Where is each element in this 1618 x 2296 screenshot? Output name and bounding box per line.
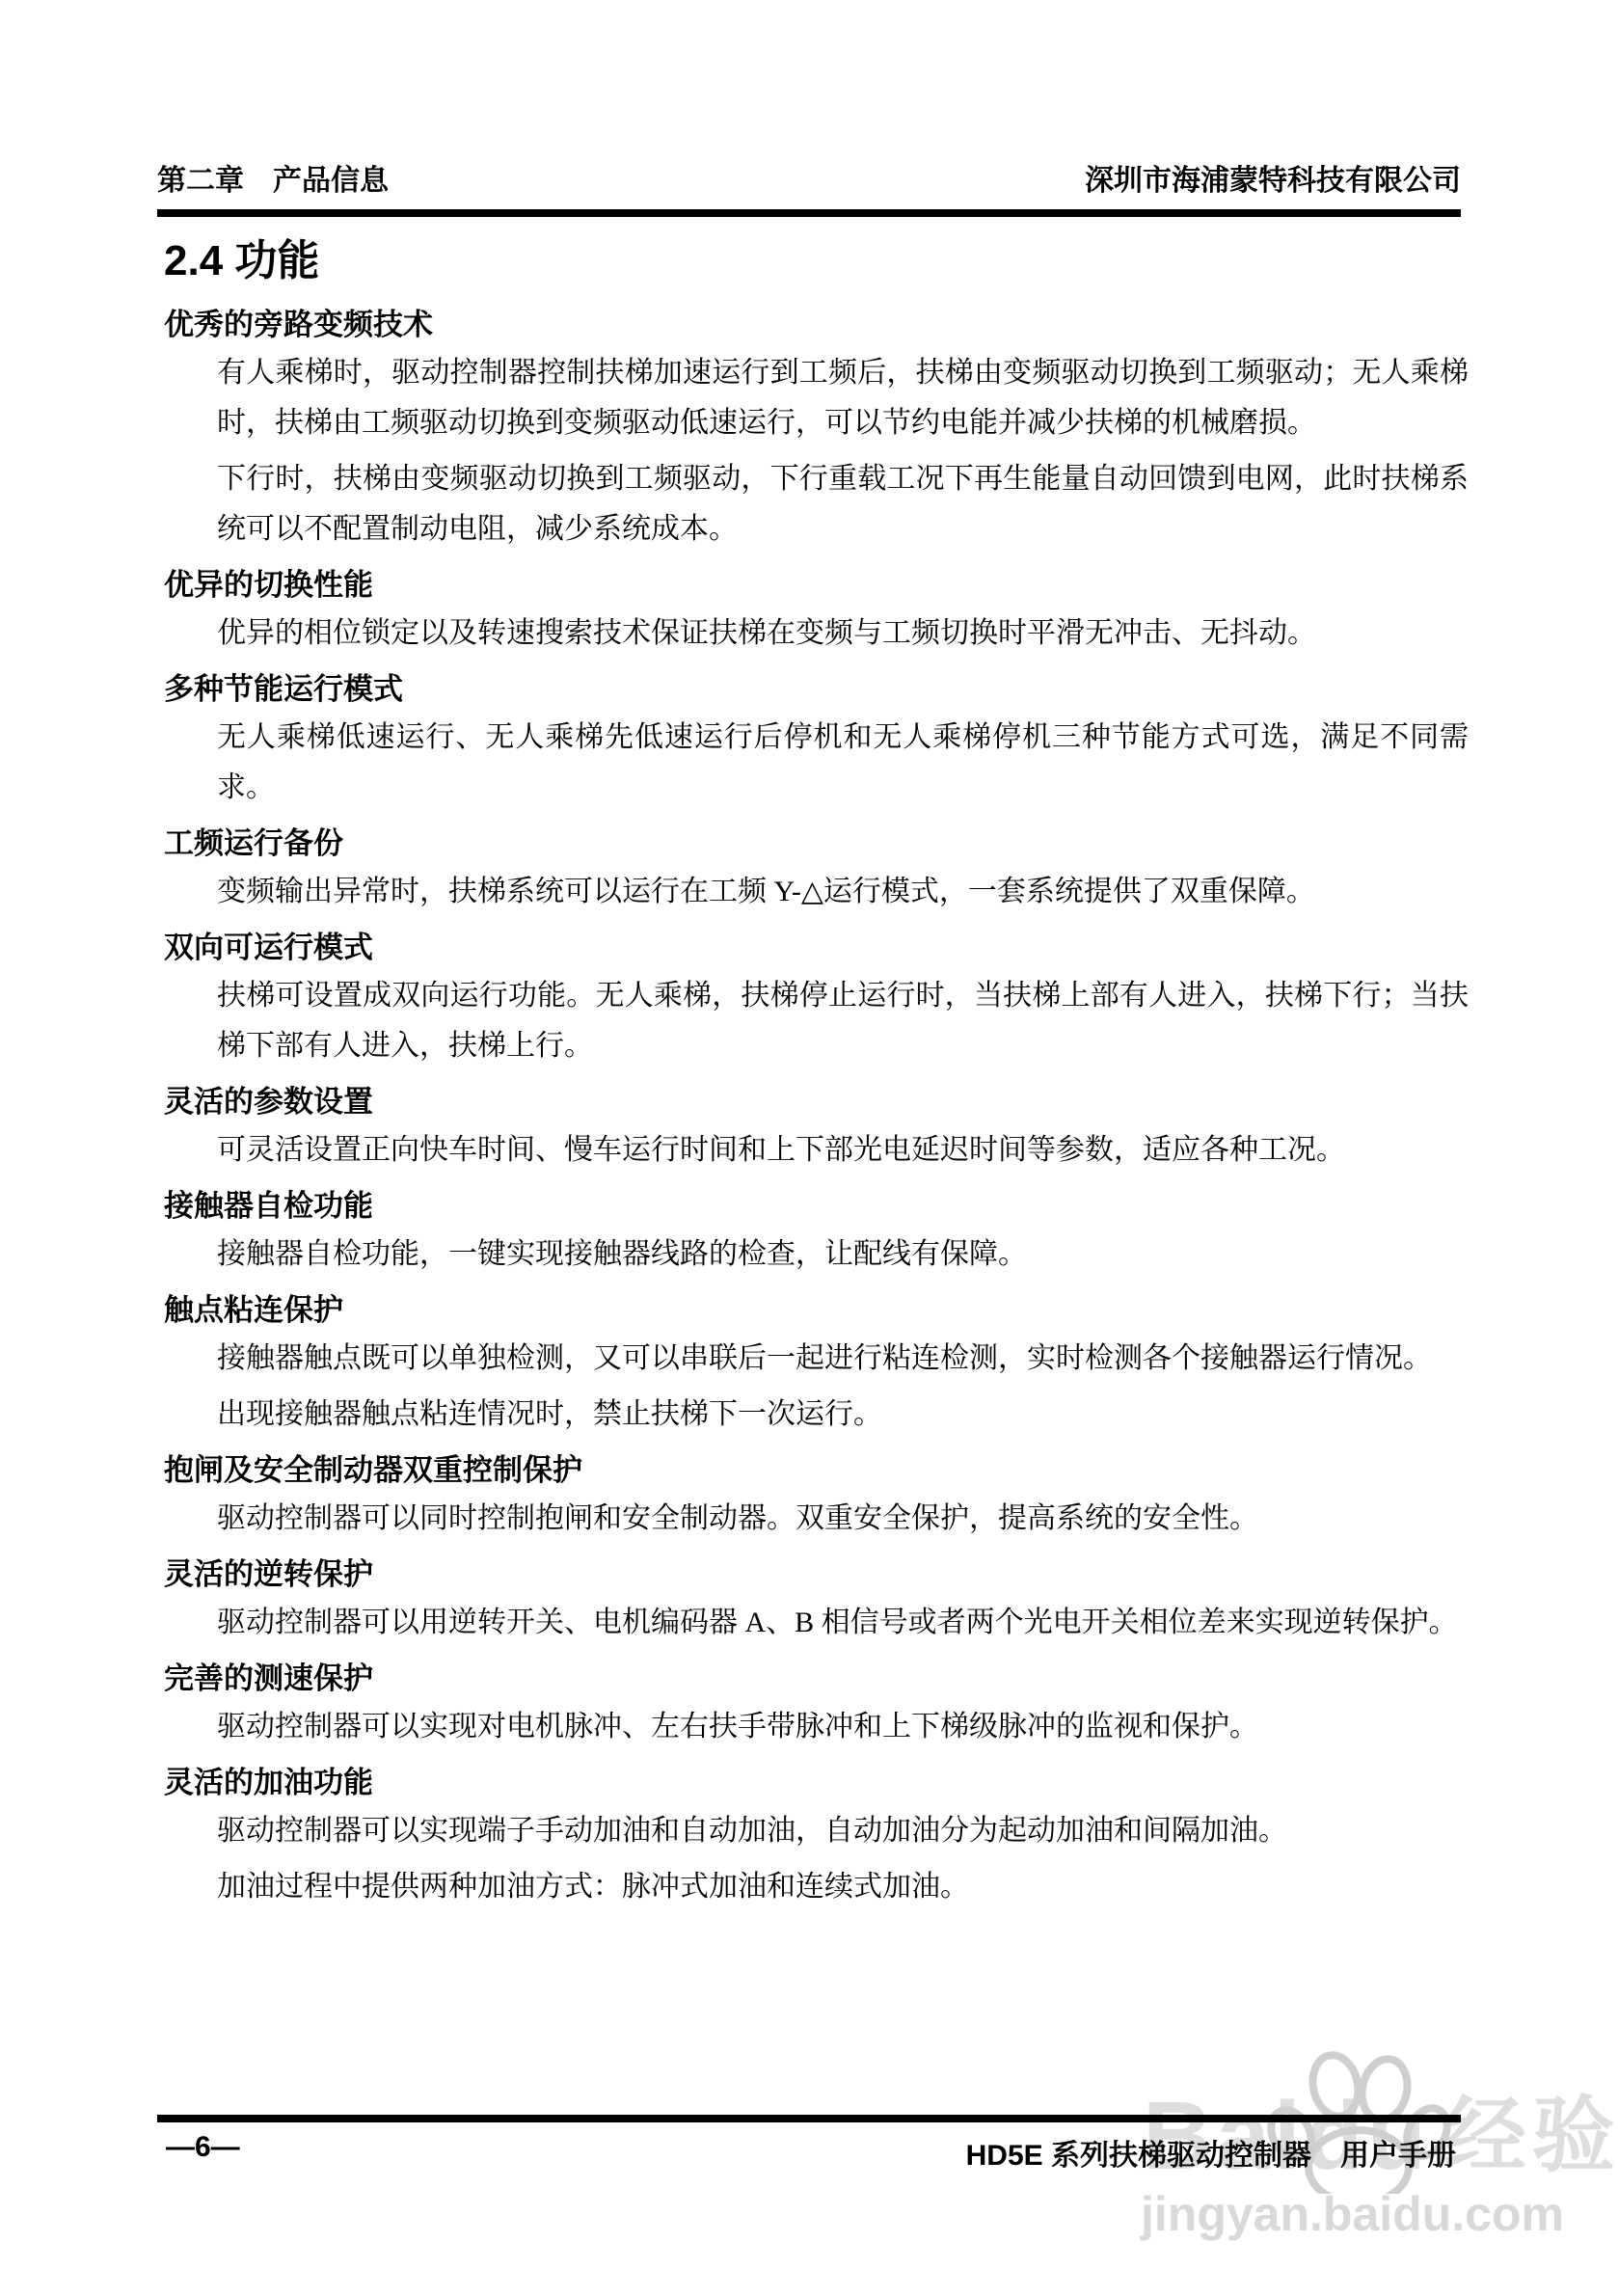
section-heading: 工频运行备份 — [164, 826, 1469, 861]
feature-section: 优异的切换性能优异的相位锁定以及转速搜索技术保证扶梯在变频与工频切换时平滑无冲击… — [157, 568, 1469, 659]
feature-section: 灵活的加油功能驱动控制器可以实现端子手动加油和自动加油，自动加油分为起动加油和间… — [157, 1766, 1469, 1912]
feature-section: 接触器自检功能接触器自检功能，一键实现接触器线路的检查，让配线有保障。 — [157, 1189, 1469, 1280]
section-paragraph: 优异的相位锁定以及转速搜索技术保证扶梯在变频与工频切换时平滑无冲击、无抖动。 — [217, 608, 1469, 659]
manual-page: 第二章 产品信息 深圳市海浦蒙特科技有限公司 2.4 功能 优秀的旁路变频技术有… — [0, 0, 1618, 2296]
section-heading: 抱闸及安全制动器双重控制保护 — [164, 1453, 1469, 1488]
section-paragraph: 驱动控制器可以实现端子手动加油和自动加油，自动加油分为起动加油和间隔加油。 — [217, 1806, 1469, 1856]
feature-section: 多种节能运行模式无人乘梯低速运行、无人乘梯先低速运行后停机和无人乘梯停机三种节能… — [157, 672, 1469, 813]
section-heading: 灵活的逆转保护 — [164, 1557, 1469, 1592]
feature-section: 双向可运行模式扶梯可设置成双向运行功能。无人乘梯，扶梯停止运行时，当扶梯上部有人… — [157, 931, 1469, 1071]
section-paragraph: 驱动控制器可以同时控制抱闸和安全制动器。双重安全保护，提高系统的安全性。 — [217, 1494, 1469, 1544]
footer-rule — [157, 2115, 1461, 2122]
header-chapter: 第二章 产品信息 — [157, 164, 389, 199]
section-paragraph: 变频输出异常时，扶梯系统可以运行在工频 Y-△运行模式，一套系统提供了双重保障。 — [217, 867, 1469, 917]
section-paragraph: 扶梯可设置成双向运行功能。无人乘梯，扶梯停止运行时，当扶梯上部有人进入，扶梯下行… — [217, 971, 1469, 1071]
header-company: 深圳市海浦蒙特科技有限公司 — [1085, 164, 1461, 199]
section-paragraph: 加油过程中提供两种加油方式：脉冲式加油和连续式加油。 — [217, 1862, 1469, 1912]
feature-section: 抱闸及安全制动器双重控制保护驱动控制器可以同时控制抱闸和安全制动器。双重安全保护… — [157, 1453, 1469, 1544]
section-paragraph: 可灵活设置正向快车时间、慢车运行时间和上下部光电延迟时间等参数，适应各种工况。 — [217, 1125, 1469, 1175]
feature-section: 完善的测速保护驱动控制器可以实现对电机脉冲、左右扶手带脉冲和上下梯级脉冲的监视和… — [157, 1661, 1469, 1752]
watermark-site-url: jingyan.baidu.com — [1141, 2186, 1564, 2242]
section-heading: 灵活的加油功能 — [164, 1766, 1469, 1800]
section-heading: 优秀的旁路变频技术 — [164, 308, 1469, 342]
footer-page-number: —6— — [166, 2131, 240, 2164]
feature-section: 工频运行备份变频输出异常时，扶梯系统可以运行在工频 Y-△运行模式，一套系统提供… — [157, 826, 1469, 917]
page-content: 2.4 功能 优秀的旁路变频技术有人乘梯时，驱动控制器控制扶梯加速运行到工频后，… — [157, 217, 1469, 1918]
section-heading: 接触器自检功能 — [164, 1189, 1469, 1224]
watermark-brand-cn: 经验 — [1443, 2094, 1618, 2177]
section-heading: 优异的切换性能 — [164, 568, 1469, 603]
feature-section: 灵活的参数设置可灵活设置正向快车时间、慢车运行时间和上下部光电延迟时间等参数，适… — [157, 1085, 1469, 1175]
feature-section: 灵活的逆转保护驱动控制器可以用逆转开关、电机编码器 A、B 相信号或者两个光电开… — [157, 1557, 1469, 1648]
section-paragraph: 接触器自检功能，一键实现接触器线路的检查，让配线有保障。 — [217, 1229, 1469, 1280]
section-heading: 完善的测速保护 — [164, 1661, 1469, 1696]
sections: 优秀的旁路变频技术有人乘梯时，驱动控制器控制扶梯加速运行到工频后，扶梯由变频驱动… — [157, 308, 1469, 1912]
section-heading: 双向可运行模式 — [164, 931, 1469, 965]
feature-section: 优秀的旁路变频技术有人乘梯时，驱动控制器控制扶梯加速运行到工频后，扶梯由变频驱动… — [157, 308, 1469, 554]
section-paragraph: 有人乘梯时，驱动控制器控制扶梯加速运行到工频后，扶梯由变频驱动切换到工频驱动；无… — [217, 348, 1469, 448]
section-paragraph: 接触器触点既可以单独检测，又可以串联后一起进行粘连检测，实时检测各个接触器运行情… — [217, 1334, 1469, 1384]
section-heading: 灵活的参数设置 — [164, 1085, 1469, 1120]
section-paragraph: 无人乘梯低速运行、无人乘梯先低速运行后停机和无人乘梯停机三种节能方式可选，满足不… — [217, 713, 1469, 813]
section-paragraph: 下行时，扶梯由变频驱动切换到工频驱动，下行重载工况下再生能量自动回馈到电网，此时… — [217, 454, 1469, 554]
feature-section: 触点粘连保护接触器触点既可以单独检测，又可以串联后一起进行粘连检测，实时检测各个… — [157, 1293, 1469, 1440]
section-paragraph: 驱动控制器可以实现对电机脉冲、左右扶手带脉冲和上下梯级脉冲的监视和保护。 — [217, 1702, 1469, 1752]
header-rule — [157, 209, 1461, 217]
section-heading: 多种节能运行模式 — [164, 672, 1469, 707]
page-title: 2.4 功能 — [164, 238, 1469, 284]
footer-manual-title: HD5E 系列扶梯驱动控制器 用户手册 — [966, 2131, 1456, 2174]
section-heading: 触点粘连保护 — [164, 1293, 1469, 1328]
page-header: 第二章 产品信息 深圳市海浦蒙特科技有限公司 — [157, 164, 1461, 199]
section-paragraph: 出现接触器触点粘连情况时，禁止扶梯下一次运行。 — [217, 1390, 1469, 1440]
section-paragraph: 驱动控制器可以用逆转开关、电机编码器 A、B 相信号或者两个光电开关相位差来实现… — [217, 1598, 1469, 1648]
